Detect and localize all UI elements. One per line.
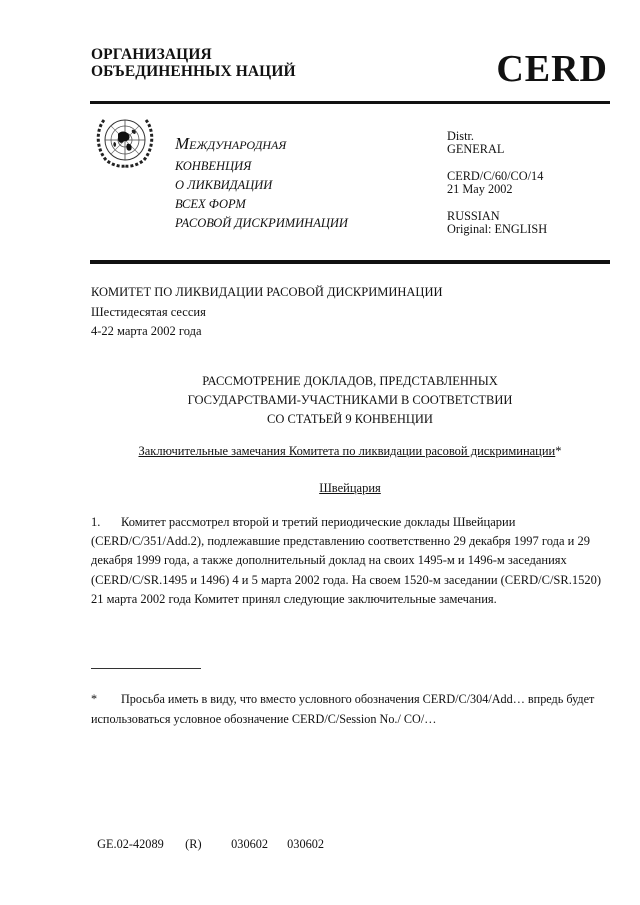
document-date: 21 May 2002 [447, 183, 547, 196]
footnote-marker: * [555, 444, 561, 458]
country-title: Швейцария [90, 480, 610, 496]
masthead-rule [90, 260, 610, 264]
page-footer: GE.02-42089(R)030602030602 [91, 823, 324, 851]
agenda-heading-line-3: СО СТАТЬЕЙ 9 КОНВЕНЦИИ [90, 410, 610, 429]
footnote-text: Просьба иметь в виду, что вместо условно… [91, 692, 594, 726]
committee-block: КОМИТЕТ ПО ЛИКВИДАЦИИ РАСОВОЙ ДИСКРИМИНА… [91, 283, 443, 342]
organization-line-1: ОРГАНИЗАЦИЯ [91, 46, 296, 63]
document-metadata: Distr. GENERAL CERD/C/60/CO/14 21 May 20… [447, 130, 547, 236]
convention-line-3: О ЛИКВИДАЦИИ [175, 176, 348, 195]
paragraph-number: 1. [91, 513, 121, 532]
revision-mark: (R) [185, 837, 231, 851]
convention-line-4: ВСЕХ ФОРМ [175, 195, 348, 214]
committee-session: Шестидесятая сессия [91, 303, 443, 323]
agenda-heading: РАССМОТРЕНИЕ ДОКЛАДОВ, ПРЕДСТАВЛЕННЫХ ГО… [90, 372, 610, 429]
committee-dates: 4-22 марта 2002 года [91, 322, 443, 342]
footer-code-2: 030602 [287, 837, 324, 851]
convention-line-2: КОНВЕНЦИЯ [175, 157, 348, 176]
convention-line-5: РАСОВОЙ ДИСКРИМИНАЦИИ [175, 214, 348, 233]
original-language: Original: ENGLISH [447, 223, 547, 236]
un-emblem-icon [94, 112, 156, 168]
document-series-symbol: CERD [496, 49, 608, 89]
convention-line-1: Международная [175, 133, 348, 155]
footnote-separator [91, 668, 201, 669]
agenda-heading-line-1: РАССМОТРЕНИЕ ДОКЛАДОВ, ПРЕДСТАВЛЕННЫХ [90, 372, 610, 391]
paragraph-1: 1.Комитет рассмотрел второй и третий пер… [91, 513, 611, 609]
committee-name: КОМИТЕТ ПО ЛИКВИДАЦИИ РАСОВОЙ ДИСКРИМИНА… [91, 283, 443, 303]
footer-code-1: 030602 [231, 837, 287, 851]
footnote: *Просьба иметь в виду, что вместо условн… [91, 690, 611, 729]
agenda-heading-line-2: ГОСУДАРСТВАМИ-УЧАСТНИКАМИ В СООТВЕТСТВИИ [90, 391, 610, 410]
concluding-observations-text: Заключительные замечания Комитета по лик… [138, 444, 555, 458]
footnote-star: * [91, 690, 121, 710]
concluding-observations-title: Заключительные замечания Комитета по лик… [90, 443, 610, 459]
convention-title: Международная КОНВЕНЦИЯ О ЛИКВИДАЦИИ ВСЕ… [175, 133, 348, 233]
header-rule [90, 101, 610, 104]
distribution-value: GENERAL [447, 143, 547, 156]
job-number: GE.02-42089 [97, 837, 185, 851]
organization-line-2: ОБЪЕДИНЕННЫХ НАЦИЙ [91, 63, 296, 80]
country-name: Швейцария [319, 481, 381, 495]
organization-name: ОРГАНИЗАЦИЯ ОБЪЕДИНЕННЫХ НАЦИЙ [91, 46, 296, 80]
paragraph-text: Комитет рассмотрел второй и третий перио… [91, 515, 601, 606]
